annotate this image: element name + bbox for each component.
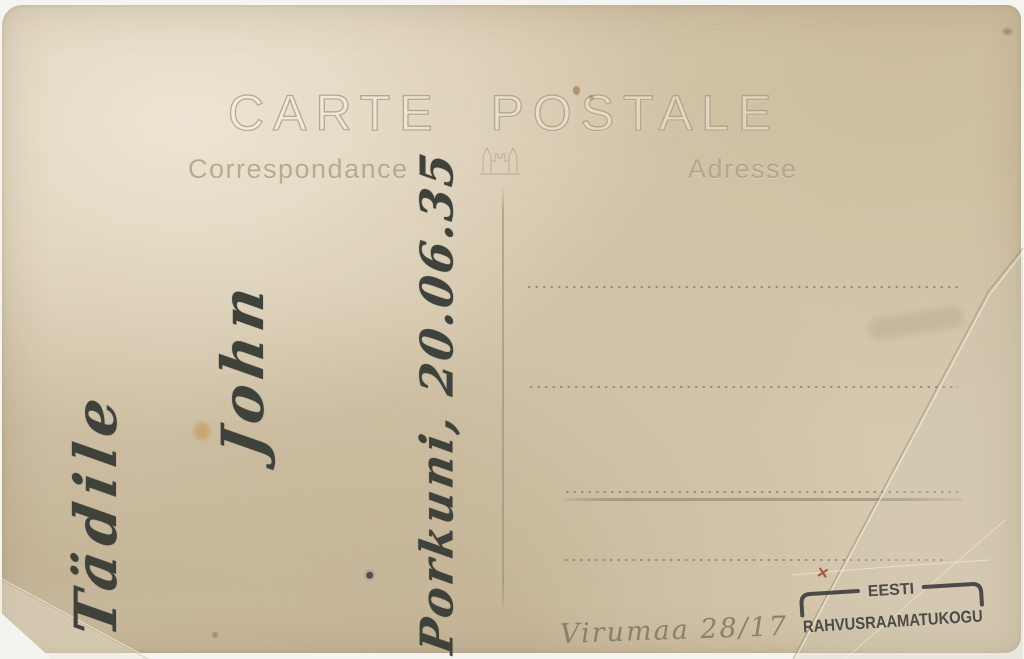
rust-stain [194, 422, 210, 440]
handwritten-signature: John [209, 276, 277, 461]
rust-stain [212, 632, 218, 638]
handwritten-place-date: Porkuni, 20.06.35 [411, 147, 464, 657]
pinhole-mark [362, 567, 376, 582]
postcard-scan: CARTE POSTALE Correspondance Adresse Täd… [0, 0, 1024, 659]
handwritten-recipient: Tädile [62, 385, 130, 640]
rust-stain [573, 86, 580, 95]
rust-stain [1003, 28, 1012, 35]
rust-stain [589, 95, 594, 100]
stamp-line1: EESTI [867, 581, 914, 601]
torn-corner [0, 612, 52, 659]
